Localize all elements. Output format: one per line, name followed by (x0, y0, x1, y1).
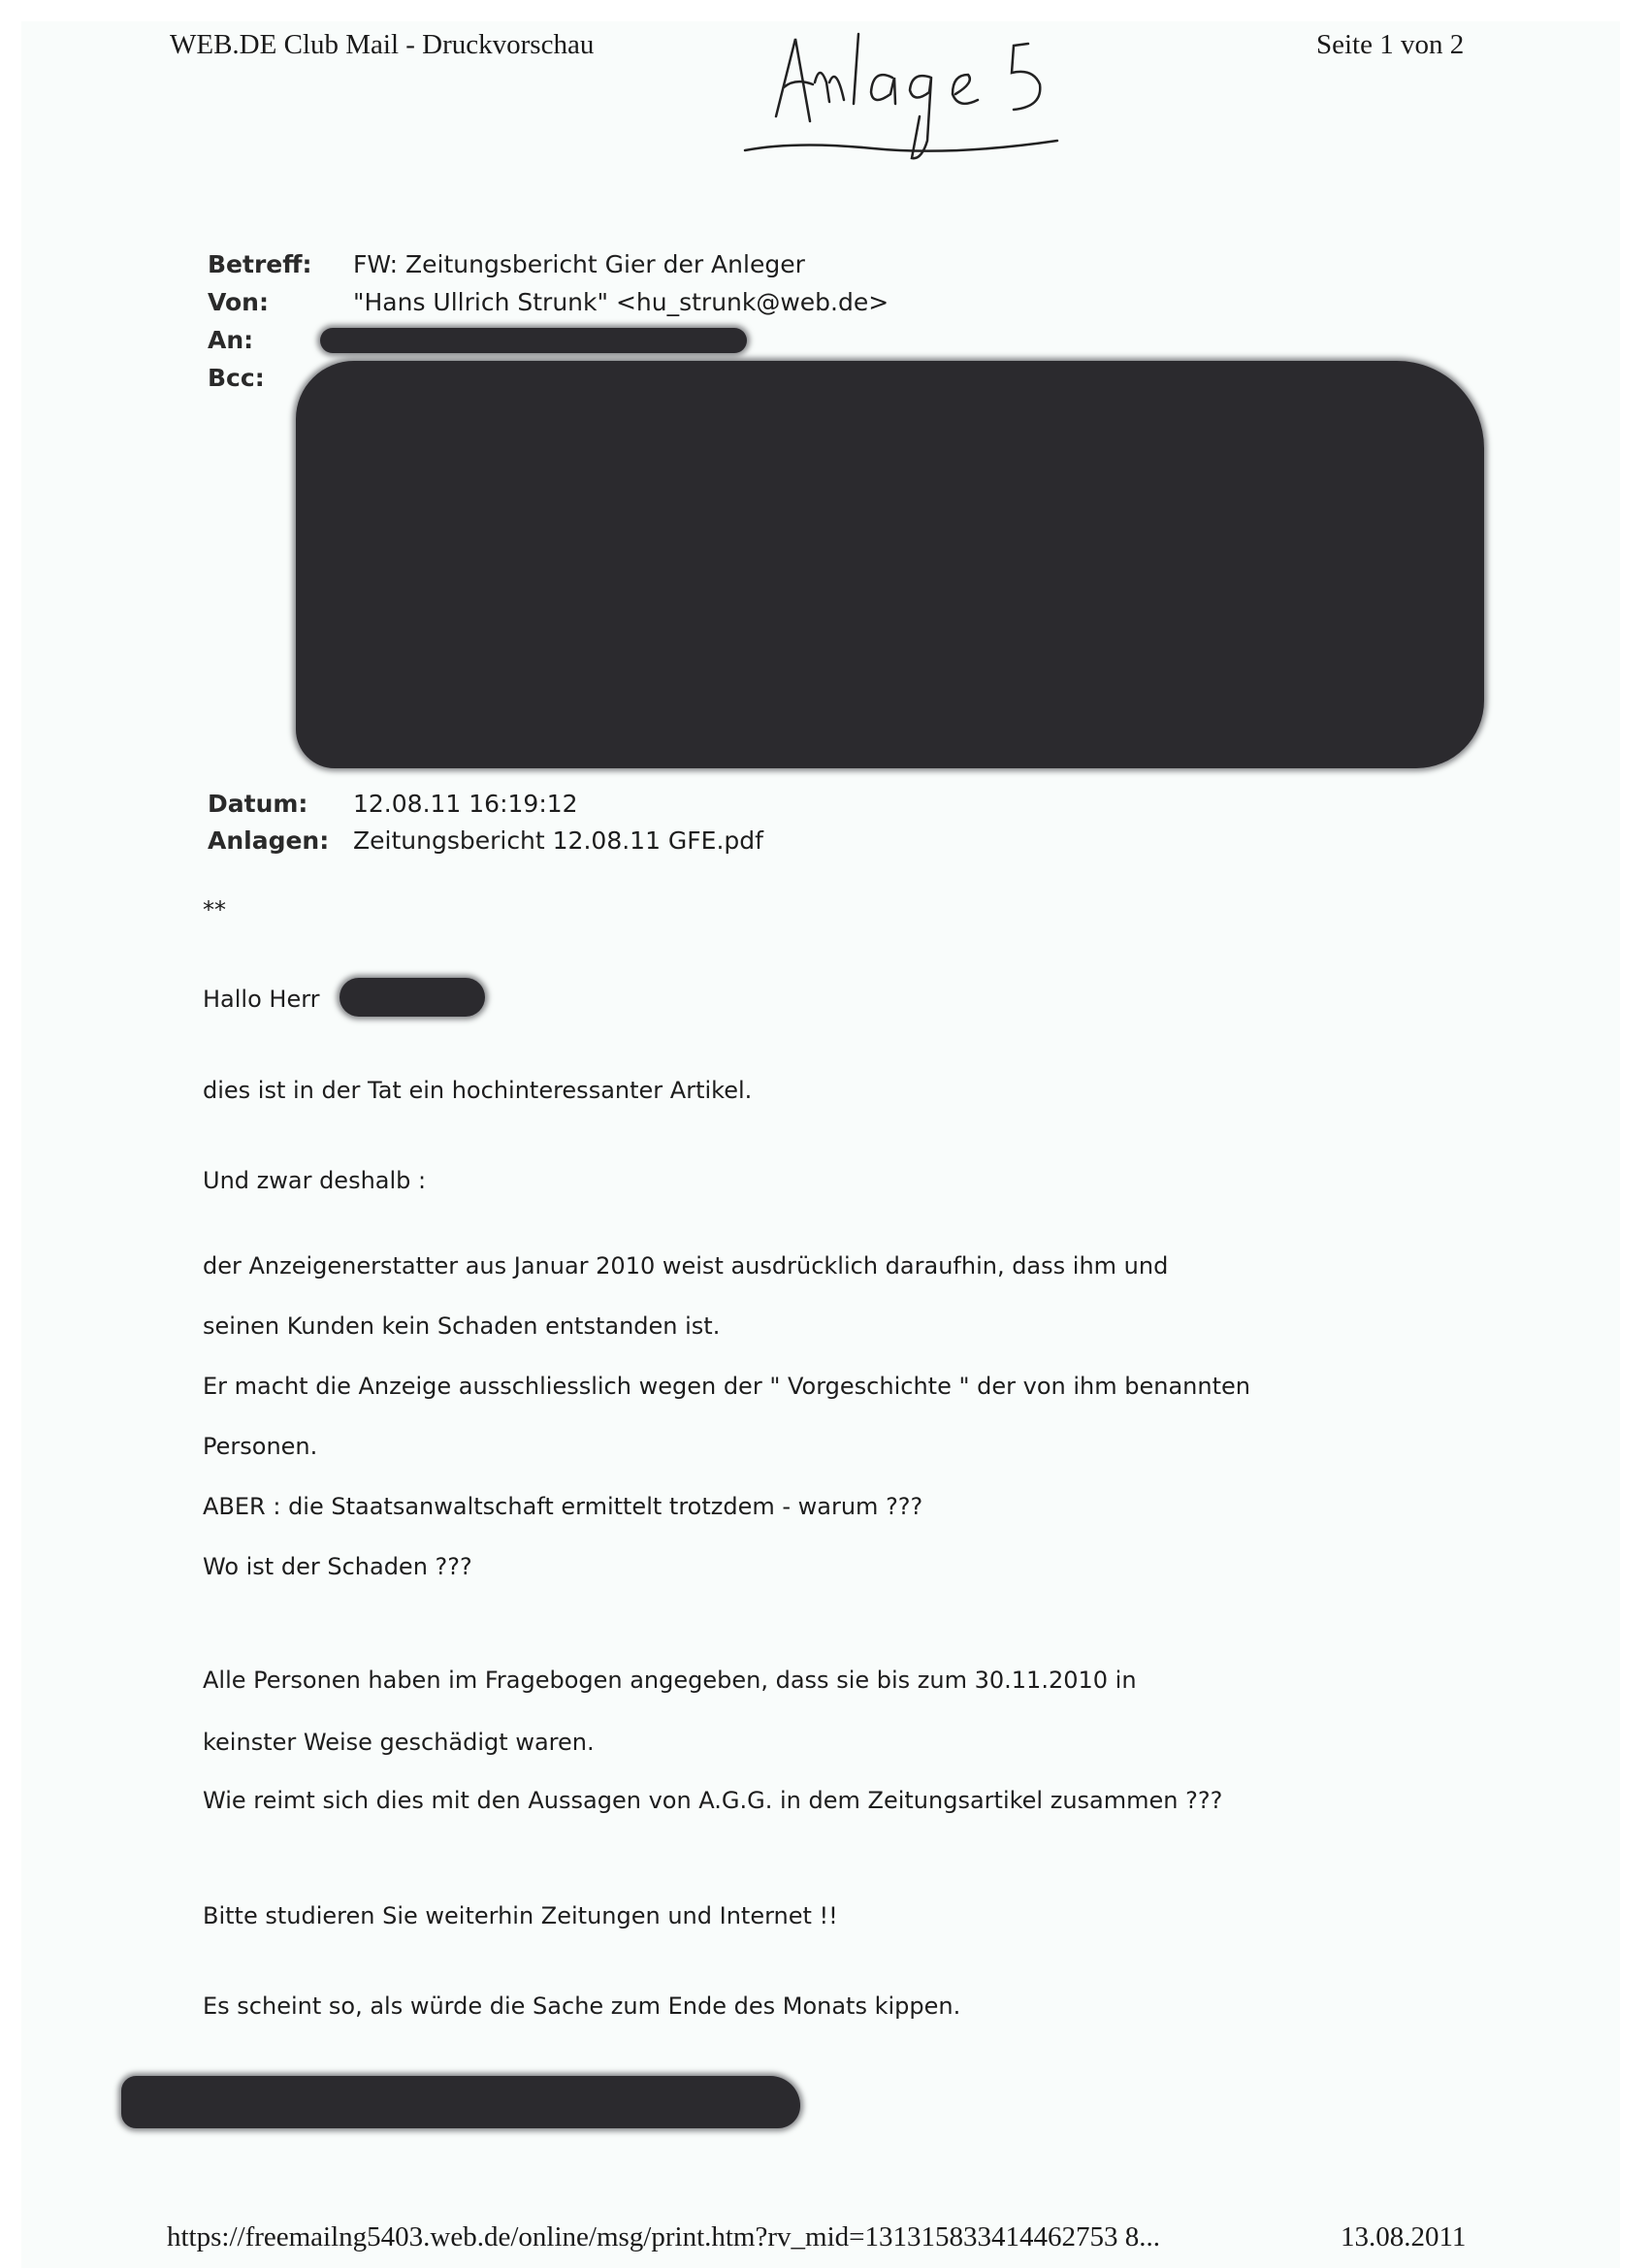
field-label: Datum: (208, 790, 307, 818)
body-line: ** (203, 896, 226, 923)
field-label: An: (208, 326, 253, 354)
field-label: Bcc: (208, 364, 265, 392)
body-line: Es scheint so, als würde die Sache zum E… (203, 1993, 960, 2020)
print-footer-url: https://freemailng5403.web.de/online/msg… (167, 2221, 1160, 2253)
body-line: Wo ist der Schaden ??? (203, 1553, 472, 1580)
field-label: Betreff: (208, 250, 312, 278)
body-line: Und zwar deshalb : (203, 1167, 426, 1194)
body-line: der Anzeigenerstatter aus Januar 2010 we… (203, 1252, 1168, 1280)
redaction-bcc-list (296, 361, 1484, 768)
subject-value: FW: Zeitungsbericht Gier der Anleger (353, 250, 805, 278)
print-header-title: WEB.DE Club Mail - Druckvorschau (170, 29, 594, 61)
from-value: "Hans Ullrich Strunk" <hu_strunk@web.de> (353, 288, 889, 316)
body-line: dies ist in der Tat ein hochinteressante… (203, 1077, 752, 1104)
body-line: keinster Weise geschädigt waren. (203, 1729, 595, 1756)
date-value: 12.08.11 16:19:12 (353, 790, 578, 818)
body-line: Alle Personen haben im Fragebogen angege… (203, 1667, 1137, 1694)
body-line: Wie reimt sich dies mit den Aussagen von… (203, 1787, 1222, 1814)
page-count: Seite 1 von 2 (1316, 29, 1464, 61)
attachment-value: Zeitungsbericht 12.08.11 GFE.pdf (353, 826, 763, 855)
redaction-to-field (320, 328, 747, 353)
redaction-closing-line (121, 2076, 800, 2128)
body-line: Bitte studieren Sie weiterhin Zeitungen … (203, 1902, 838, 1929)
body-line: ABER : die Staatsanwaltschaft ermittelt … (203, 1493, 922, 1520)
body-line: seinen Kunden kein Schaden entstanden is… (203, 1312, 720, 1340)
field-label: Von: (208, 288, 269, 316)
print-footer-date: 13.08.2011 (1341, 2221, 1466, 2253)
redaction-recipient-name (339, 978, 485, 1017)
body-line: Er macht die Anzeige ausschliesslich weg… (203, 1373, 1250, 1400)
field-label: Anlagen: (208, 826, 329, 855)
scanned-page (21, 21, 1620, 2268)
body-line: Personen. (203, 1433, 317, 1460)
greeting: Hallo Herr (203, 986, 320, 1013)
handwritten-annotation: Anlage 5 (737, 24, 1222, 170)
